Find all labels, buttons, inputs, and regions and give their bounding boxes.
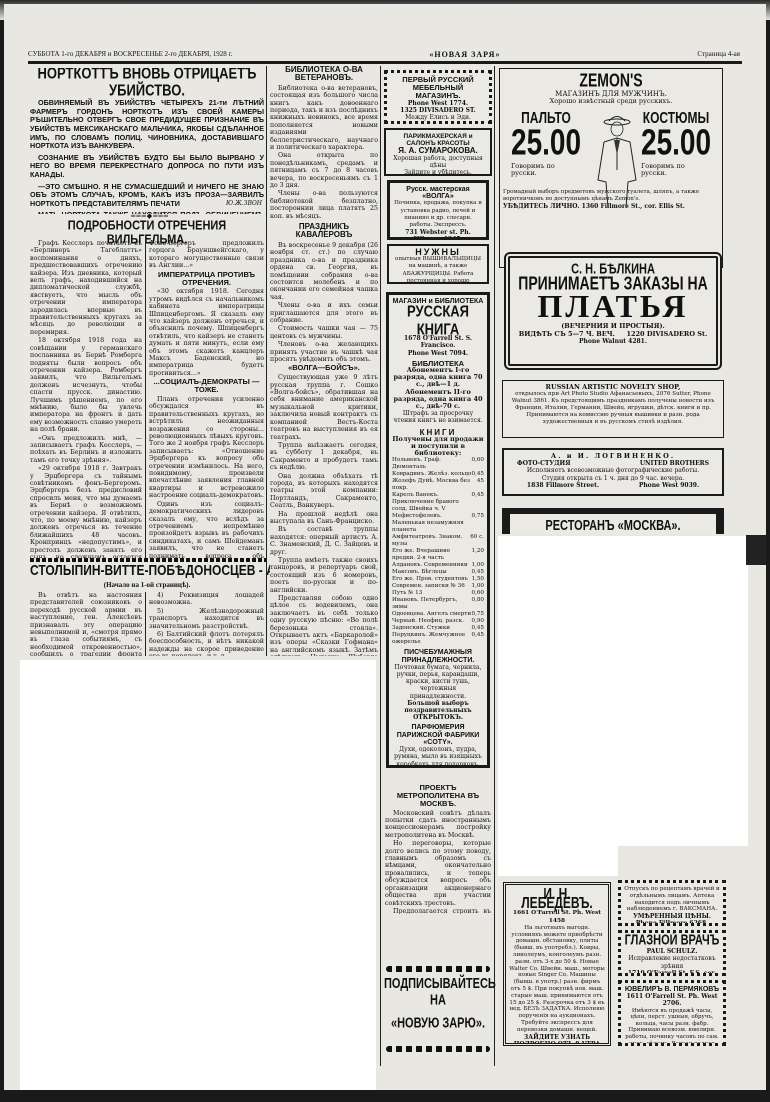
lebedev-ad: И. Н. ЛЕБЕДЕВЪ. 1661 O'Farrell St. Ph. W… bbox=[503, 882, 611, 1046]
library-line: Абонементъ II-го разряда, одна книга 40 … bbox=[392, 389, 484, 411]
paragraph: «Онъ предложилъ мнѣ, — записываетъ графъ… bbox=[30, 435, 142, 465]
pharmacy-ad: Отпускъ по рецептамъ врачей и отдѣльнымъ… bbox=[618, 880, 726, 926]
paragraph: Члены о-ва пользуются библиотекой безпла… bbox=[270, 190, 378, 220]
subscribe-line-1: ПОДПИСЫВАЙТЕСЬ НА bbox=[384, 976, 492, 1010]
paragraph: 6) Балтийский флотъ потерялъ боеспособно… bbox=[149, 631, 264, 656]
paragraph: 4) Реквизиция лошадей невозможна. bbox=[149, 592, 264, 607]
holiday-headline: ПРАЗДНИКЪ КАВАЛЕРОВЪ bbox=[270, 223, 378, 240]
book-title: Его же. Пров. студентовъ bbox=[392, 576, 468, 583]
coat-price: 25.00 bbox=[511, 124, 581, 160]
paragraph: Труппа имѣетъ также своихъ танцоровъ, и … bbox=[270, 557, 378, 594]
wilhelm-column-2: Фонъ-Бергеръ предложилъ герцога Брауншве… bbox=[149, 240, 264, 560]
photo-studio-label: ФОТО-СТУДИЯ bbox=[517, 460, 571, 467]
book-price: 1,50 bbox=[472, 576, 484, 583]
paragraph: Одинъ изъ социалъ-демократическихъ лидер… bbox=[149, 501, 264, 560]
ad-line: Починка, продажа, покупка и установка ра… bbox=[393, 200, 483, 229]
ad-line: опытныя ВЫШИВАЛЬЩИЦЫ на машинѣ, а также … bbox=[392, 256, 484, 284]
lebedev-name: И. Н. ЛЕБЕДЕВЪ. bbox=[509, 890, 605, 909]
metro-article: ПРОЕКТЪ МЕТРОПОЛИТЕНА ВЪ МОСКВѢ. Московс… bbox=[385, 784, 491, 914]
ad-line: Между Елисъ и Эди. bbox=[390, 114, 486, 121]
paragraph: 5) Желѣзнодорожный транспортъ находится … bbox=[149, 608, 264, 630]
masthead: СУББОТА 1-го ДЕКАБРЯ и ВОСКРЕСЕНЬЕ 2-го … bbox=[28, 48, 740, 60]
book-title: Амфитеатровъ. Знаком. музы bbox=[392, 534, 470, 548]
postcards-text: Большой выборъ поздравительныхъ ОТКРЫТОК… bbox=[392, 700, 484, 722]
eye-doctor-line: Исправление недостатковъ зрѣния bbox=[624, 955, 720, 969]
novelty-shop-ad: RUSSIAN ARTISTIC NOVELTY SHOP, открылось… bbox=[502, 380, 724, 438]
torn-blank-area bbox=[20, 660, 376, 1090]
paragraph: Библиотека о-ва ветерановъ, состоящая из… bbox=[270, 85, 378, 152]
photo-studio-ad: А. и И. ЛОГВИНЕНКО. ФОТО-СТУДИЯ UNITED B… bbox=[502, 448, 724, 496]
restaurant-title: РЕСТОРАНЪ «МОСКВА». bbox=[545, 518, 680, 534]
book-price: 0,60 bbox=[472, 590, 484, 597]
photo-studio-address: 1838 Fillmore Street. bbox=[527, 482, 599, 489]
paragraph: Но переговоры, которые долго велись по э… bbox=[385, 840, 491, 907]
needed-ad: НУЖНЫ опытныя ВЫШИВАЛЬЩИЦЫ на машинѣ, а … bbox=[387, 244, 489, 284]
veterans-headline: БИБЛИОТЕКА О-ВА ВЕТЕРАНОВЪ. bbox=[270, 66, 378, 83]
book-list-item: Жозефъ Дуйѣ. Москва без покр.45 bbox=[392, 478, 484, 492]
stolypin-column-1: Въ отвѣтъ на настояния представителей со… bbox=[30, 592, 142, 656]
book-list-item: Перуцкинъ. Жемчужное ожерелье0,45 bbox=[392, 632, 484, 646]
paragraph: Члены о-ва и ихъ семьи приглашаются для … bbox=[270, 302, 378, 324]
book-list-item: Карелъ Ванекъ. Приключение бравого солд.… bbox=[392, 492, 484, 513]
bookstore-title: РУССКАЯ КНИГА bbox=[392, 302, 484, 338]
book-title: Черный. Неофиц. разск. bbox=[392, 618, 464, 625]
book-list-item: Современ. записки № 361,00 bbox=[392, 583, 484, 590]
book-price: 1,00 bbox=[472, 583, 484, 590]
subheading: ...СОЦИАЛЪ-ДЕМОКРАТЫ — ТОЖЕ. bbox=[149, 378, 264, 394]
paragraph: Планъ отречения усиленно обсуждался въ п… bbox=[149, 396, 264, 500]
coat-note: Говоримъ по русски. bbox=[511, 163, 581, 177]
page-bottom-edge bbox=[0, 1090, 770, 1102]
ad-line: 731 Webster st. Ph. Fillmore 1245. bbox=[393, 229, 483, 240]
book-price: 60 с. bbox=[470, 534, 484, 548]
book-list-item: Черный. Неофиц. разск.0,90 bbox=[392, 618, 484, 625]
belkina-address: 1220 DIVISADERO St. bbox=[626, 331, 707, 338]
stationery-heading: ПИСЧЕБУМАЖНЫЯ ПРИНАДЛЕЖНОСТИ. bbox=[392, 649, 484, 663]
subscribe-block: ПОДПИСЫВАЙТЕСЬ НА «НОВУЮ ЗАРЮ». bbox=[384, 980, 492, 1031]
paragraph: «29 октября 1918 г. Завтракъ у Эрцбергер… bbox=[30, 465, 142, 560]
book-title: Максовъ. Бѣглецы bbox=[392, 569, 447, 576]
book-list-item: Нольвенъ. Граф. Дюмонталь0,60 bbox=[392, 457, 484, 471]
book-list-item: Амфитеатровъ. Знаком. музы60 с. bbox=[392, 534, 484, 548]
jeweler-title: ЮВЕЛИРЪ В. ПЕРМЯКОВЪ bbox=[624, 986, 720, 993]
suit-price: 25.00 bbox=[641, 124, 711, 160]
coat-offer: ПАЛЬТО 25.00 Говоримъ по русски. bbox=[511, 115, 581, 177]
wave-rule bbox=[386, 1046, 490, 1052]
perfume-heading: ПАРФЮМЕРИЯ ПАРИЖСКОЙ ФАБРИКИ «COTY». bbox=[392, 724, 484, 746]
torn-blank-area bbox=[498, 536, 748, 846]
book-title: Мефистофелевъ. Маленькая незамужняя план… bbox=[392, 513, 472, 534]
stolypin-column-2: 4) Реквизиция лошадей невозможна. 5) Жел… bbox=[149, 592, 264, 656]
photo-studio-line: Исполняетъ всевозможные фотографические … bbox=[507, 467, 719, 474]
book-list-item: Задонский. Стужки0,45 bbox=[392, 625, 484, 632]
volga-shop-title: Русск. мастерская «ВОЛГА» bbox=[393, 186, 483, 200]
book-list-item: Его же. Вчерашние предки. 2-я часть1,20 bbox=[392, 548, 484, 562]
paragraph: Московский совѣтъ дѣлалъ попытки сдать и… bbox=[385, 810, 491, 840]
eye-doctor-title: ГЛАЗНОЙ ВРАЧЪ bbox=[624, 937, 720, 946]
paragraph: Она должна объѣхать тѣ города, въ которы… bbox=[270, 473, 378, 510]
belkina-line-1: ПРИНИМАЕТЪ ЗАКАЗЫ НА bbox=[513, 279, 713, 288]
book-list-item: Ивановъ. Петербургъ, зимы0,80 bbox=[392, 597, 484, 611]
bookstore-phone: Phone West 7094. bbox=[392, 350, 484, 357]
book-price: 0,90 bbox=[472, 618, 484, 625]
zemons-brand: ZEMON'S bbox=[503, 70, 719, 91]
zemons-subtagline: Хорошо извѣстный среди русскихъ. bbox=[503, 98, 719, 105]
suit-offer: КОСТЮМЫ 25.00 Говоримъ по русски. bbox=[641, 115, 711, 177]
lebedev-text: На льготныхъ выгодн. условияхъ можете пр… bbox=[509, 925, 605, 1034]
metro-headline: ПРОЕКТЪ МЕТРОПОЛИТЕНА ВЪ МОСКВѢ. bbox=[385, 784, 491, 808]
perfume-text: Духи, одеколонъ, пудра, румяна, мыло въ … bbox=[392, 746, 484, 768]
paragraph: Существующая уже 9 лѣтъ русская труппа г… bbox=[270, 374, 378, 441]
paragraph: Стоимость чашки чая — 75 центовъ съ мужч… bbox=[270, 325, 378, 340]
paragraph: Въ отвѣтъ на настояния представителей со… bbox=[30, 592, 142, 656]
masthead-rule bbox=[28, 61, 742, 64]
ad-line: 1325 DIVISADERO ST. bbox=[390, 107, 486, 114]
wilhelm-column-1: Графъ Кесслеръ печатаетъ въ «Берлинеръ Т… bbox=[30, 240, 142, 560]
book-price: 0,45 bbox=[472, 471, 484, 478]
jeweler-address: 1611 O'Farrell St. Ph. West 2706. bbox=[624, 993, 720, 1007]
signature: Ю.Ж.ЗВОН bbox=[200, 200, 262, 207]
paragraph: Представляя собою одно цѣлое съ водевиле… bbox=[270, 595, 378, 656]
novelty-shop-text: открылось при Art Photo Studio Афанасьев… bbox=[506, 391, 720, 426]
scan-shadow bbox=[746, 535, 766, 565]
jeweler-text: Имѣются въ продажѣ часы, цѣпи, перст. уш… bbox=[624, 1008, 720, 1046]
lebedev-cta: ЗАЙДИТЕ УЗНАТЬ ПОДРОБНО ОТЪ 8 УТРА ДО 8 … bbox=[509, 1034, 605, 1046]
suit-note: Говоримъ по русски. bbox=[641, 163, 711, 177]
photo-studio-name: А. и И. ЛОГВИНЕНКО. bbox=[507, 453, 719, 460]
book-price: 0,60 bbox=[472, 457, 484, 471]
belkina-phone: Phone Walnut 4281. bbox=[513, 338, 713, 345]
column-divider bbox=[145, 240, 146, 558]
masthead-page: Страница 4-ая bbox=[697, 50, 740, 58]
volga-headline: «ВОЛГА—БОЙСЪ». bbox=[270, 364, 378, 372]
book-title: Нольвенъ. Граф. Дюмонталь bbox=[392, 457, 472, 471]
stationery-text: Почтовая бумага, чернила, ручки, перья, … bbox=[392, 664, 484, 700]
books-subheading: Получены для продажи и поступили в библи… bbox=[392, 436, 484, 458]
paragraph: Предполагается строить въ первую очередь… bbox=[385, 908, 491, 914]
book-price: 1,20 bbox=[472, 548, 484, 562]
paragraph: Членовъ о-ва желающихъ принять участие в… bbox=[270, 341, 378, 363]
stolypin-subhead: (Начало на 1-ой страницѣ). bbox=[30, 582, 264, 589]
book-price: 45 bbox=[477, 478, 484, 492]
belkina-dresses-word: ПЛАТЬЯ bbox=[513, 289, 713, 323]
book-title: Задонский. Стужки bbox=[392, 625, 450, 632]
paragraph: «30 октября 1918. Сегодня утромъ видѣлся… bbox=[149, 288, 264, 377]
photo-studio-phone: Phone West 9039. bbox=[639, 482, 699, 489]
eye-doctor-address: 1719 O'Farrell St. F.S. cor. Fillm. bbox=[624, 970, 720, 976]
belkina-hours: ВИДѢТЬ СЪ 5—7 Ч. ВЕЧ. bbox=[519, 331, 615, 338]
masthead-date: СУББОТА 1-го ДЕКАБРЯ и ВОСКРЕСЕНЬЕ 2-го … bbox=[28, 50, 232, 58]
paragraph: 18 октября 1918 года на совѣщании у герм… bbox=[30, 337, 142, 433]
restaurant-moskva-ad: РЕСТОРАНЪ «МОСКВА». bbox=[502, 508, 724, 534]
column-divider bbox=[494, 66, 495, 1066]
ornament-rule bbox=[30, 558, 266, 562]
paragraph: Труппа выѣзжаетъ сегодня, въ субботу 1 д… bbox=[270, 442, 378, 472]
book-list-item: Его же. Пров. студентовъ1,50 bbox=[392, 576, 484, 583]
book-title: Карелъ Ванекъ. Приключение бравого солд.… bbox=[392, 492, 472, 513]
northcott-article: НОРТКОТТЪ ВНОВЬ ОТРИЦАЕТЪ УБИЙСТВО. ОБВИ… bbox=[30, 68, 264, 214]
book-title: Ивановъ. Петербургъ, зимы bbox=[392, 597, 472, 611]
paragraph: Графъ Кесслеръ печатаетъ въ «Берлинеръ Т… bbox=[30, 240, 142, 336]
masthead-title: «НОВАЯ ЗАРЯ» bbox=[429, 50, 500, 59]
photo-studio-brand: UNITED BROTHERS bbox=[640, 460, 709, 467]
book-price: 0,75 bbox=[472, 513, 484, 534]
book-title: Перуцкинъ. Жемчужное ожерелье bbox=[392, 632, 472, 646]
book-price: 0,75 bbox=[472, 611, 484, 618]
jeweler-ad: ЮВЕЛИРЪ В. ПЕРМЯКОВЪ 1611 O'Farrell St. … bbox=[618, 980, 726, 1046]
book-list: Нольвенъ. Граф. Дюмонталь0,60Коврадинъ. … bbox=[392, 457, 484, 646]
belkina-dresses-ad: С. Н. БѢЛКИНА ПРИНИМАЕТЪ ЗАКАЗЫ НА ПЛАТЬ… bbox=[504, 252, 722, 370]
book-list-item: Максовъ. Бѣглецы0,45 bbox=[392, 569, 484, 576]
photo-studio-line: Студия открыта съ 1 ч. дня до 9 час. веч… bbox=[507, 475, 719, 482]
pharmacy-prices: УМѢРЕННЫЯ ЦѢНЫ. bbox=[624, 913, 720, 920]
book-list-item: Мефистофелевъ. Маленькая незамужняя план… bbox=[392, 513, 484, 534]
russian-book-ad: МАГАЗИН и БИБЛИОТЕКА РУССКАЯ КНИГА 1678 … bbox=[386, 292, 490, 768]
needed-title: НУЖНЫ bbox=[392, 249, 484, 256]
book-price: 0,45 bbox=[472, 569, 484, 576]
furniture-title: ПЕРВЫЙ РУССКИЙ МЕБЕЛЬНЫЙ МАГАЗИНЪ. bbox=[390, 76, 486, 100]
book-title: Современ. записки № 36 bbox=[392, 583, 465, 590]
northcott-headline: НОРТКОТТЪ ВНОВЬ ОТРИЦАЕТЪ УБИЙСТВО. bbox=[30, 68, 264, 98]
paragraph: ОБВИНЯЕМЫЙ ВЪ УБИЙСТВЪ ЧЕТЫРЕХЪ 21-ти ЛѢ… bbox=[30, 99, 264, 151]
eye-doctor-name: PAUL SCHULZ. bbox=[624, 948, 720, 955]
book-title: Жозефъ Дуйѣ. Москва без покр. bbox=[392, 478, 477, 492]
ad-line: Phone West 1774. bbox=[390, 100, 486, 107]
pharmacy-text: Отпускъ по рецептамъ врачей и отдѣльнымъ… bbox=[624, 886, 720, 913]
barber-title: ПАРИКМАХЕРСКАЯ и САЛОНЪ КРАСОТЫ bbox=[389, 133, 487, 147]
column-divider bbox=[380, 66, 381, 1066]
barber-ad: ПАРИКМАХЕРСКАЯ и САЛОНЪ КРАСОТЫ Я. А. СУ… bbox=[384, 128, 492, 176]
furniture-ad: ПЕРВЫЙ РУССКИЙ МЕБЕЛЬНЫЙ МАГАЗИНЪ. Phone… bbox=[384, 70, 492, 124]
book-title: Его же. Вчерашние предки. 2-я часть bbox=[392, 548, 472, 562]
lebedev-address: 1661 O'Farrell St. Ph. West 1458 bbox=[509, 910, 605, 924]
library-line: Абонементъ I-го разряда, одна книга 70 с… bbox=[392, 367, 484, 389]
book-price: 0,45 bbox=[472, 625, 484, 632]
wave-rule bbox=[386, 966, 490, 972]
ad-line: Хорошая работа, доступныя цѣны bbox=[389, 155, 487, 169]
book-price: 0,80 bbox=[472, 597, 484, 611]
stolypin-headline: СТОЛЫПИН-ВИТТЕ-ПОБѢДОНОСЦЕВ - АЛЕКСѢЕВ. bbox=[30, 562, 270, 578]
man-in-suit-illustration bbox=[592, 110, 642, 210]
paragraph: На прошлой недѣлѣ она выступала въ Санъ-… bbox=[270, 511, 378, 526]
paragraph: Фонъ-Бергеръ предложилъ герцога Брауншве… bbox=[149, 240, 264, 270]
book-price: 0,45 bbox=[472, 632, 484, 646]
library-line: Штрафъ за просрочку чтения книгъ не взим… bbox=[392, 410, 484, 424]
eye-doctor-ad: ГЛАЗНОЙ ВРАЧЪ PAUL SCHULZ. Исправление н… bbox=[618, 930, 726, 976]
paragraph: Она открыта по понедѣльникамъ, средамъ и… bbox=[270, 152, 378, 189]
barber-name: Я. А. СУМАРОКОВА. bbox=[389, 147, 487, 154]
book-price: 1,00 bbox=[472, 562, 484, 569]
book-price: 0,45 bbox=[472, 492, 484, 513]
torn-blank-area bbox=[498, 846, 618, 876]
column-divider bbox=[145, 592, 146, 656]
paragraph: Въ составѣ труппы находятся: оперный арт… bbox=[270, 526, 378, 556]
ad-line: Зайдите и убѣдитесь. bbox=[389, 169, 487, 176]
paragraph: СОЗНАНИЕ ВЪ УБИЙСТВѢ БУДТО БЫ БЫЛО ВЫРВА… bbox=[30, 154, 264, 180]
pharmacy-phone: Phone Fillmore 6268. bbox=[624, 920, 720, 926]
veterans-column: БИБЛИОТЕКА О-ВА ВЕТЕРАНОВЪ. Библиотека о… bbox=[270, 66, 378, 656]
volga-shop-ad: Русск. мастерская «ВОЛГА» Починка, прода… bbox=[387, 180, 489, 240]
subscribe-line-2: «НОВУЮ ЗАРЮ». bbox=[384, 1016, 492, 1033]
subheading: ИМПЕРАТРИЦА ПРОТИВЪ ОТРЕЧЕНИЯ. bbox=[149, 271, 264, 287]
paragraph: Въ воскресенье 9 декабря (26 ноября ст. … bbox=[270, 242, 378, 301]
